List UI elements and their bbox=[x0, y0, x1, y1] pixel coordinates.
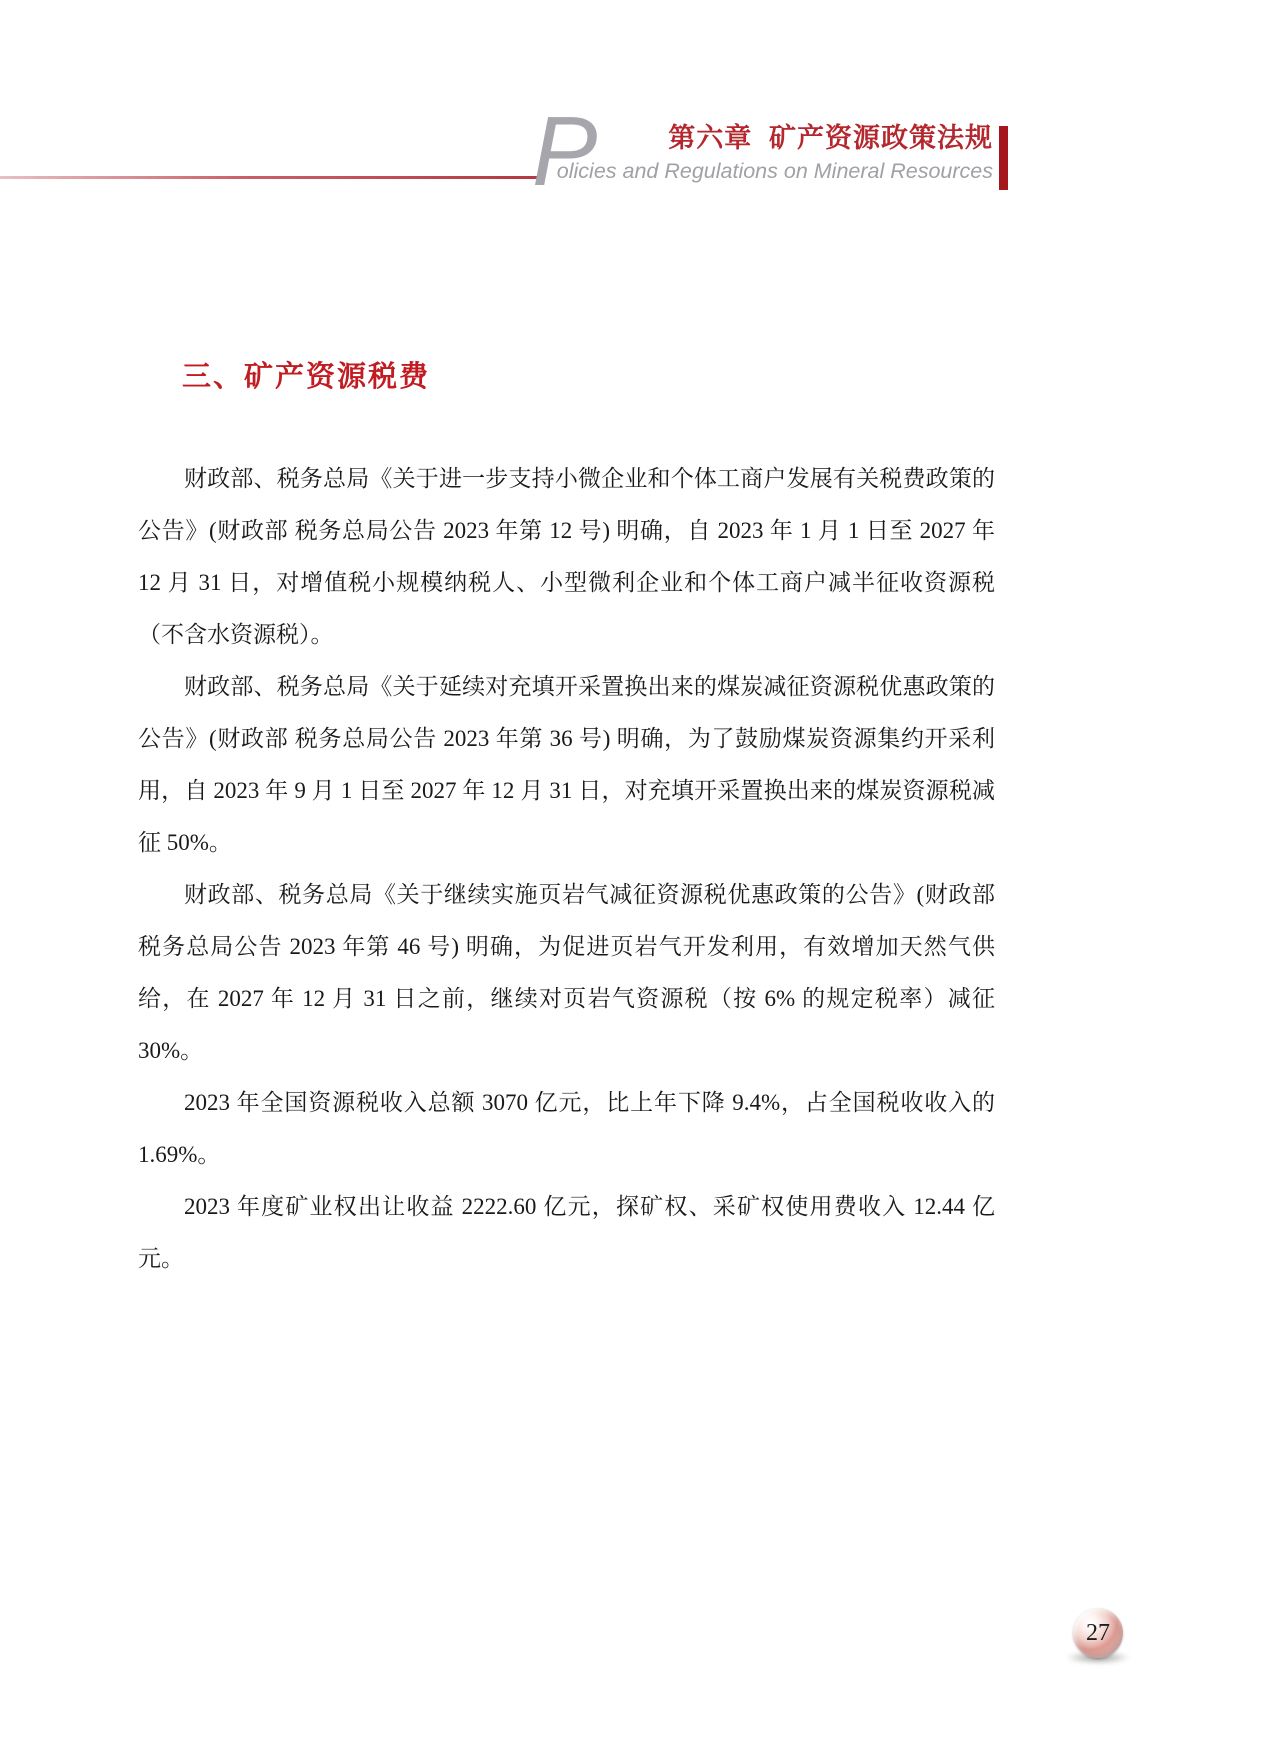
chapter-subtitle-en: olicies and Regulations on Mineral Resou… bbox=[557, 158, 993, 184]
chapter-title-text: 矿产资源政策法规 bbox=[769, 123, 993, 153]
chapter-label: 第六章 bbox=[668, 123, 752, 153]
paragraph: 财政部、税务总局《关于进一步支持小微企业和个体工商户发展有关税费政策的公告》(财… bbox=[138, 453, 995, 661]
chapter-header: 第六章矿产资源政策法规 olicies and Regulations on M… bbox=[557, 122, 993, 184]
header-divider-line bbox=[0, 176, 544, 179]
paragraph: 财政部、税务总局《关于继续实施页岩气减征资源税优惠政策的公告》(财政部 税务总局… bbox=[138, 869, 995, 1077]
page-number-badge: 27 bbox=[1073, 1608, 1123, 1658]
header-accent-bar bbox=[999, 126, 1008, 190]
section-heading: 三、矿产资源税费 bbox=[182, 360, 995, 394]
page-content: 三、矿产资源税费 财政部、税务总局《关于进一步支持小微企业和个体工商户发展有关税… bbox=[138, 360, 995, 1285]
paragraph: 2023 年度矿业权出让收益 2222.60 亿元，探矿权、采矿权使用费收入 1… bbox=[138, 1181, 995, 1285]
page-number: 27 bbox=[1086, 1620, 1110, 1647]
paragraph: 财政部、税务总局《关于延续对充填开采置换出来的煤炭减征资源税优惠政策的公告》(财… bbox=[138, 661, 995, 869]
chapter-title-cn: 第六章矿产资源政策法规 bbox=[557, 122, 993, 155]
body-text: 财政部、税务总局《关于进一步支持小微企业和个体工商户发展有关税费政策的公告》(财… bbox=[138, 453, 995, 1285]
document-page: P 第六章矿产资源政策法规 olicies and Regulations on… bbox=[0, 0, 1280, 1737]
paragraph: 2023 年全国资源税收入总额 3070 亿元，比上年下降 9.4%，占全国税收… bbox=[138, 1077, 995, 1181]
